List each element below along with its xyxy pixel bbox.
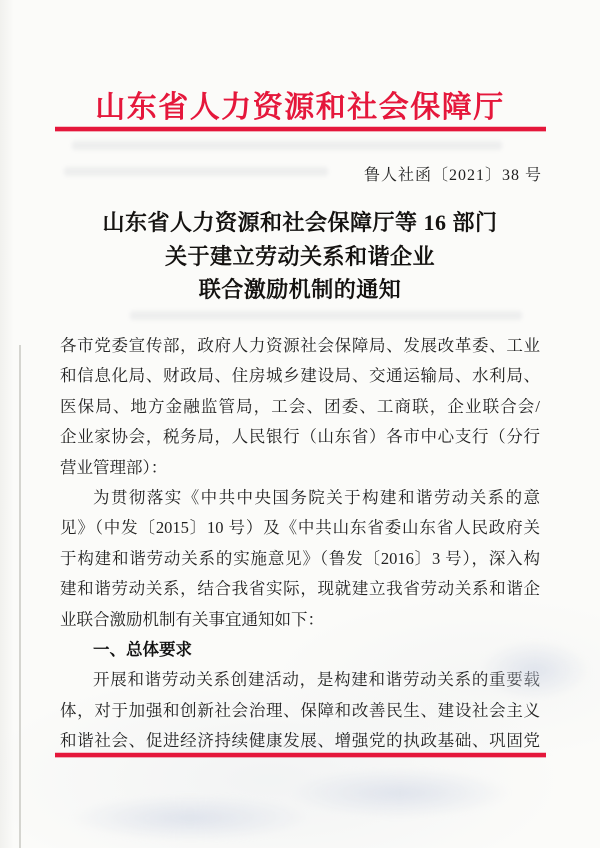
body-text-line: 见》（中发〔2015〕10 号）及《中共山东省委山东省人民政府关 [60, 513, 540, 543]
document-title: 山东省人力资源和社会保障厅等 16 部门 关于建立劳动关系和谐企业 联合激励机制… [0, 206, 600, 307]
bleedthrough-artifact [72, 141, 502, 150]
body-text-line: 体，对于加强和创新社会治理、保障和改善民生、建设社会主义 [60, 696, 540, 726]
scan-shadow-artifact [480, 640, 590, 700]
bleedthrough-artifact [64, 167, 328, 176]
body-text-line: 和信息化局、财政局、住房城乡建设局、交通运输局、水利局、 [60, 361, 540, 391]
title-line-1: 山东省人力资源和社会保障厅等 16 部门 [0, 206, 600, 240]
body-text-line: 业联合激励机制有关事宜通知如下： [60, 605, 540, 635]
body-text-line: 为贯彻落实《中共中央国务院关于构建和谐劳动关系的意 [60, 483, 540, 513]
body-text-line: 医保局、地方金融监管局，工会、团委、工商联，企业联合会/ [60, 392, 540, 422]
scan-shadow-artifact [290, 768, 510, 818]
body-text-line: 营业管理部）： [60, 453, 540, 483]
letterhead-agency-name: 山东省人力资源和社会保障厅 [0, 82, 600, 126]
body-text-line: 于构建和谐劳动关系的实施意见》（鲁发〔2016〕3 号），深入构 [60, 544, 540, 574]
doc-reference-number: 鲁人社函〔2021〕38 号 [364, 162, 542, 185]
bleedthrough-artifact [130, 311, 522, 320]
section-heading: 一、总体要求 [60, 635, 540, 665]
body-text-line: 开展和谐劳动关系创建活动，是构建和谐劳动关系的重要载 [60, 665, 540, 695]
document-body: 各市党委宣传部，政府人力资源社会保障局、发展改革委、工业 和信息化局、财政局、住… [60, 331, 540, 756]
letterhead-divider [55, 127, 546, 131]
body-text-line: 和谐社会、促进经济持续健康发展、增强党的执政基础、巩固党 [60, 726, 540, 756]
body-text-line: 企业家协会，税务局，人民银行（山东省）各市中心支行（分行 [60, 422, 540, 452]
title-line-2: 关于建立劳动关系和谐企业 [0, 240, 600, 274]
scan-shadow-artifact [70, 795, 310, 841]
scanned-document-page: 山东省人力资源和社会保障厅 鲁人社函〔2021〕38 号 山东省人力资源和社会保… [0, 0, 600, 848]
footer-divider [55, 753, 546, 757]
body-text-line: 建和谐劳动关系，结合我省实际，现就建立我省劳动关系和谐企 [60, 574, 540, 604]
body-text-line: 各市党委宣传部，政府人力资源社会保障局、发展改革委、工业 [60, 331, 540, 361]
paper-edge-shadow [19, 345, 21, 848]
title-line-3: 联合激励机制的通知 [0, 273, 600, 307]
